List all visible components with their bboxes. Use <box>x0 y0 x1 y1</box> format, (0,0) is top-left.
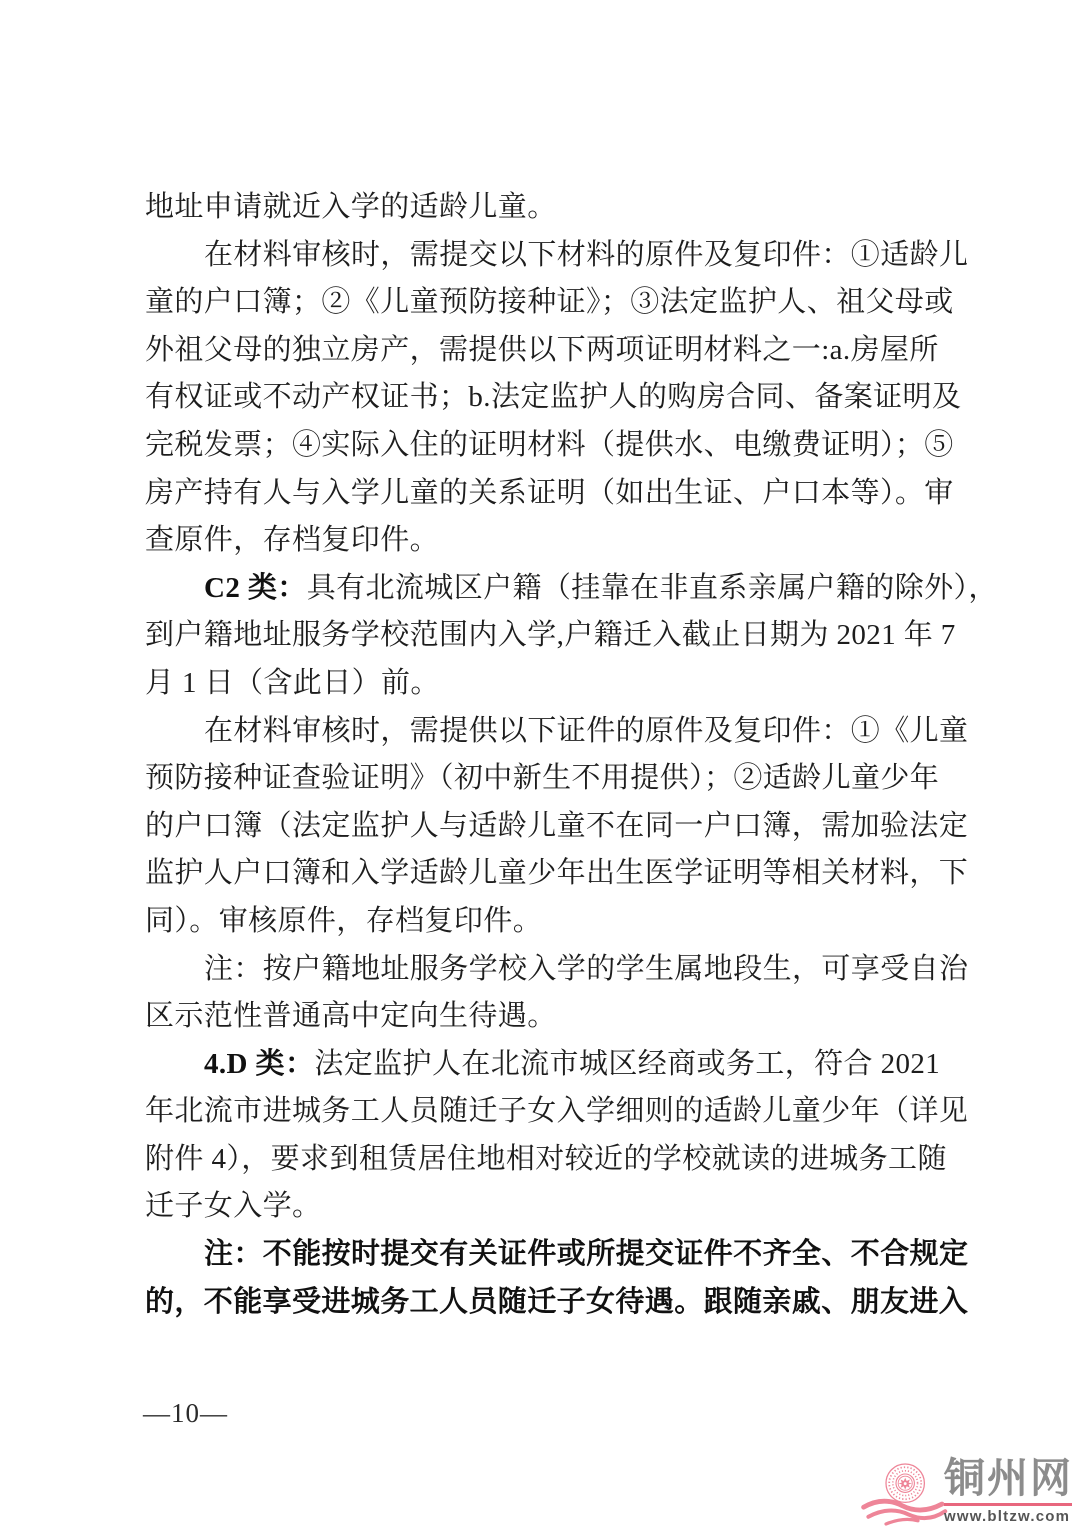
site-name: 铜州网 <box>944 1456 1076 1500</box>
text-line: 监护人户口簿和入学适龄儿童少年出生医学证明等相关材料，下 <box>145 850 973 898</box>
seal-emblem-icon <box>856 1448 956 1528</box>
text-line-d-heading: 4.D 类：法定监护人在北流市城区经商或务工，符合 2021 <box>145 1041 973 1089</box>
text-line: 在材料审核时，需提交以下材料的原件及复印件：①适龄儿 <box>145 232 973 280</box>
text-line: 外祖父母的独立房产，需提供以下两项证明材料之一:a.房屋所 <box>145 327 973 375</box>
text-line: 迁子女入学。 <box>145 1183 973 1231</box>
text-line: 预防接种证查验证明》（初中新生不用提供）；②适龄儿童少年 <box>145 755 973 803</box>
text-line: 有权证或不动产权证书；b.法定监护人的购房合同、备案证明及 <box>145 374 973 422</box>
site-url: www.bltzw.com <box>944 1508 1076 1525</box>
text-line: 童的户口簿；②《儿童预防接种证》；③法定监护人、祖父母或 <box>145 279 973 327</box>
text-line: 月 1 日（含此日）前。 <box>145 660 973 708</box>
watermark-text-block: 铜州网 www.bltzw.com <box>944 1456 1076 1525</box>
document-text-block: 地址申请就近入学的适龄儿童。 在材料审核时，需提交以下材料的原件及复印件：①适龄… <box>145 184 973 1326</box>
text-line-note: 注：按户籍地址服务学校入学的学生属地段生，可享受自治 <box>145 946 973 994</box>
site-watermark: 铜州网 www.bltzw.com <box>852 1426 1080 1528</box>
document-page: 地址申请就近入学的适龄儿童。 在材料审核时，需提交以下材料的原件及复印件：①适龄… <box>0 0 1080 1528</box>
text-line: 地址申请就近入学的适龄儿童。 <box>145 184 973 232</box>
text-line: 在材料审核时，需提供以下证件的原件及复印件：①《儿童 <box>145 708 973 756</box>
text-line-bold-note: 的，不能享受进城务工人员随迁子女待遇。跟随亲戚、朋友进入 <box>145 1279 973 1327</box>
d-category-label: 4.D 类： <box>204 1048 314 1080</box>
text-line: 同）。审核原件，存档复印件。 <box>145 898 973 946</box>
page-number: —10— <box>143 1398 228 1429</box>
watermark-divider <box>944 1503 1072 1506</box>
text-line: 到户籍地址服务学校范围内入学,户籍迁入截止日期为 2021 年 7 <box>145 612 973 660</box>
text-line: 区示范性普通高中定向生待遇。 <box>145 993 973 1041</box>
text-line-bold-note: 注：不能按时提交有关证件或所提交证件不齐全、不合规定 <box>145 1231 973 1279</box>
text-line: 年北流市进城务工人员随迁子女入学细则的适龄儿童少年（详见 <box>145 1088 973 1136</box>
text-line: 查原件，存档复印件。 <box>145 517 973 565</box>
text-line: 完税发票；④实际入住的证明材料（提供水、电缴费证明）；⑤ <box>145 422 973 470</box>
text-line: 的户口簿（法定监护人与适龄儿童不在同一户口簿，需加验法定 <box>145 803 973 851</box>
c2-category-label: C2 类： <box>204 572 307 604</box>
text-line: 附件 4），要求到租赁居住地相对较近的学校就读的进城务工随 <box>145 1136 973 1184</box>
text-line-c2-heading: C2 类：具有北流城区户籍（挂靠在非直系亲属户籍的除外）， <box>145 565 973 613</box>
text-line: 房产持有人与入学儿童的关系证明（如出生证、户口本等）。审 <box>145 470 973 518</box>
